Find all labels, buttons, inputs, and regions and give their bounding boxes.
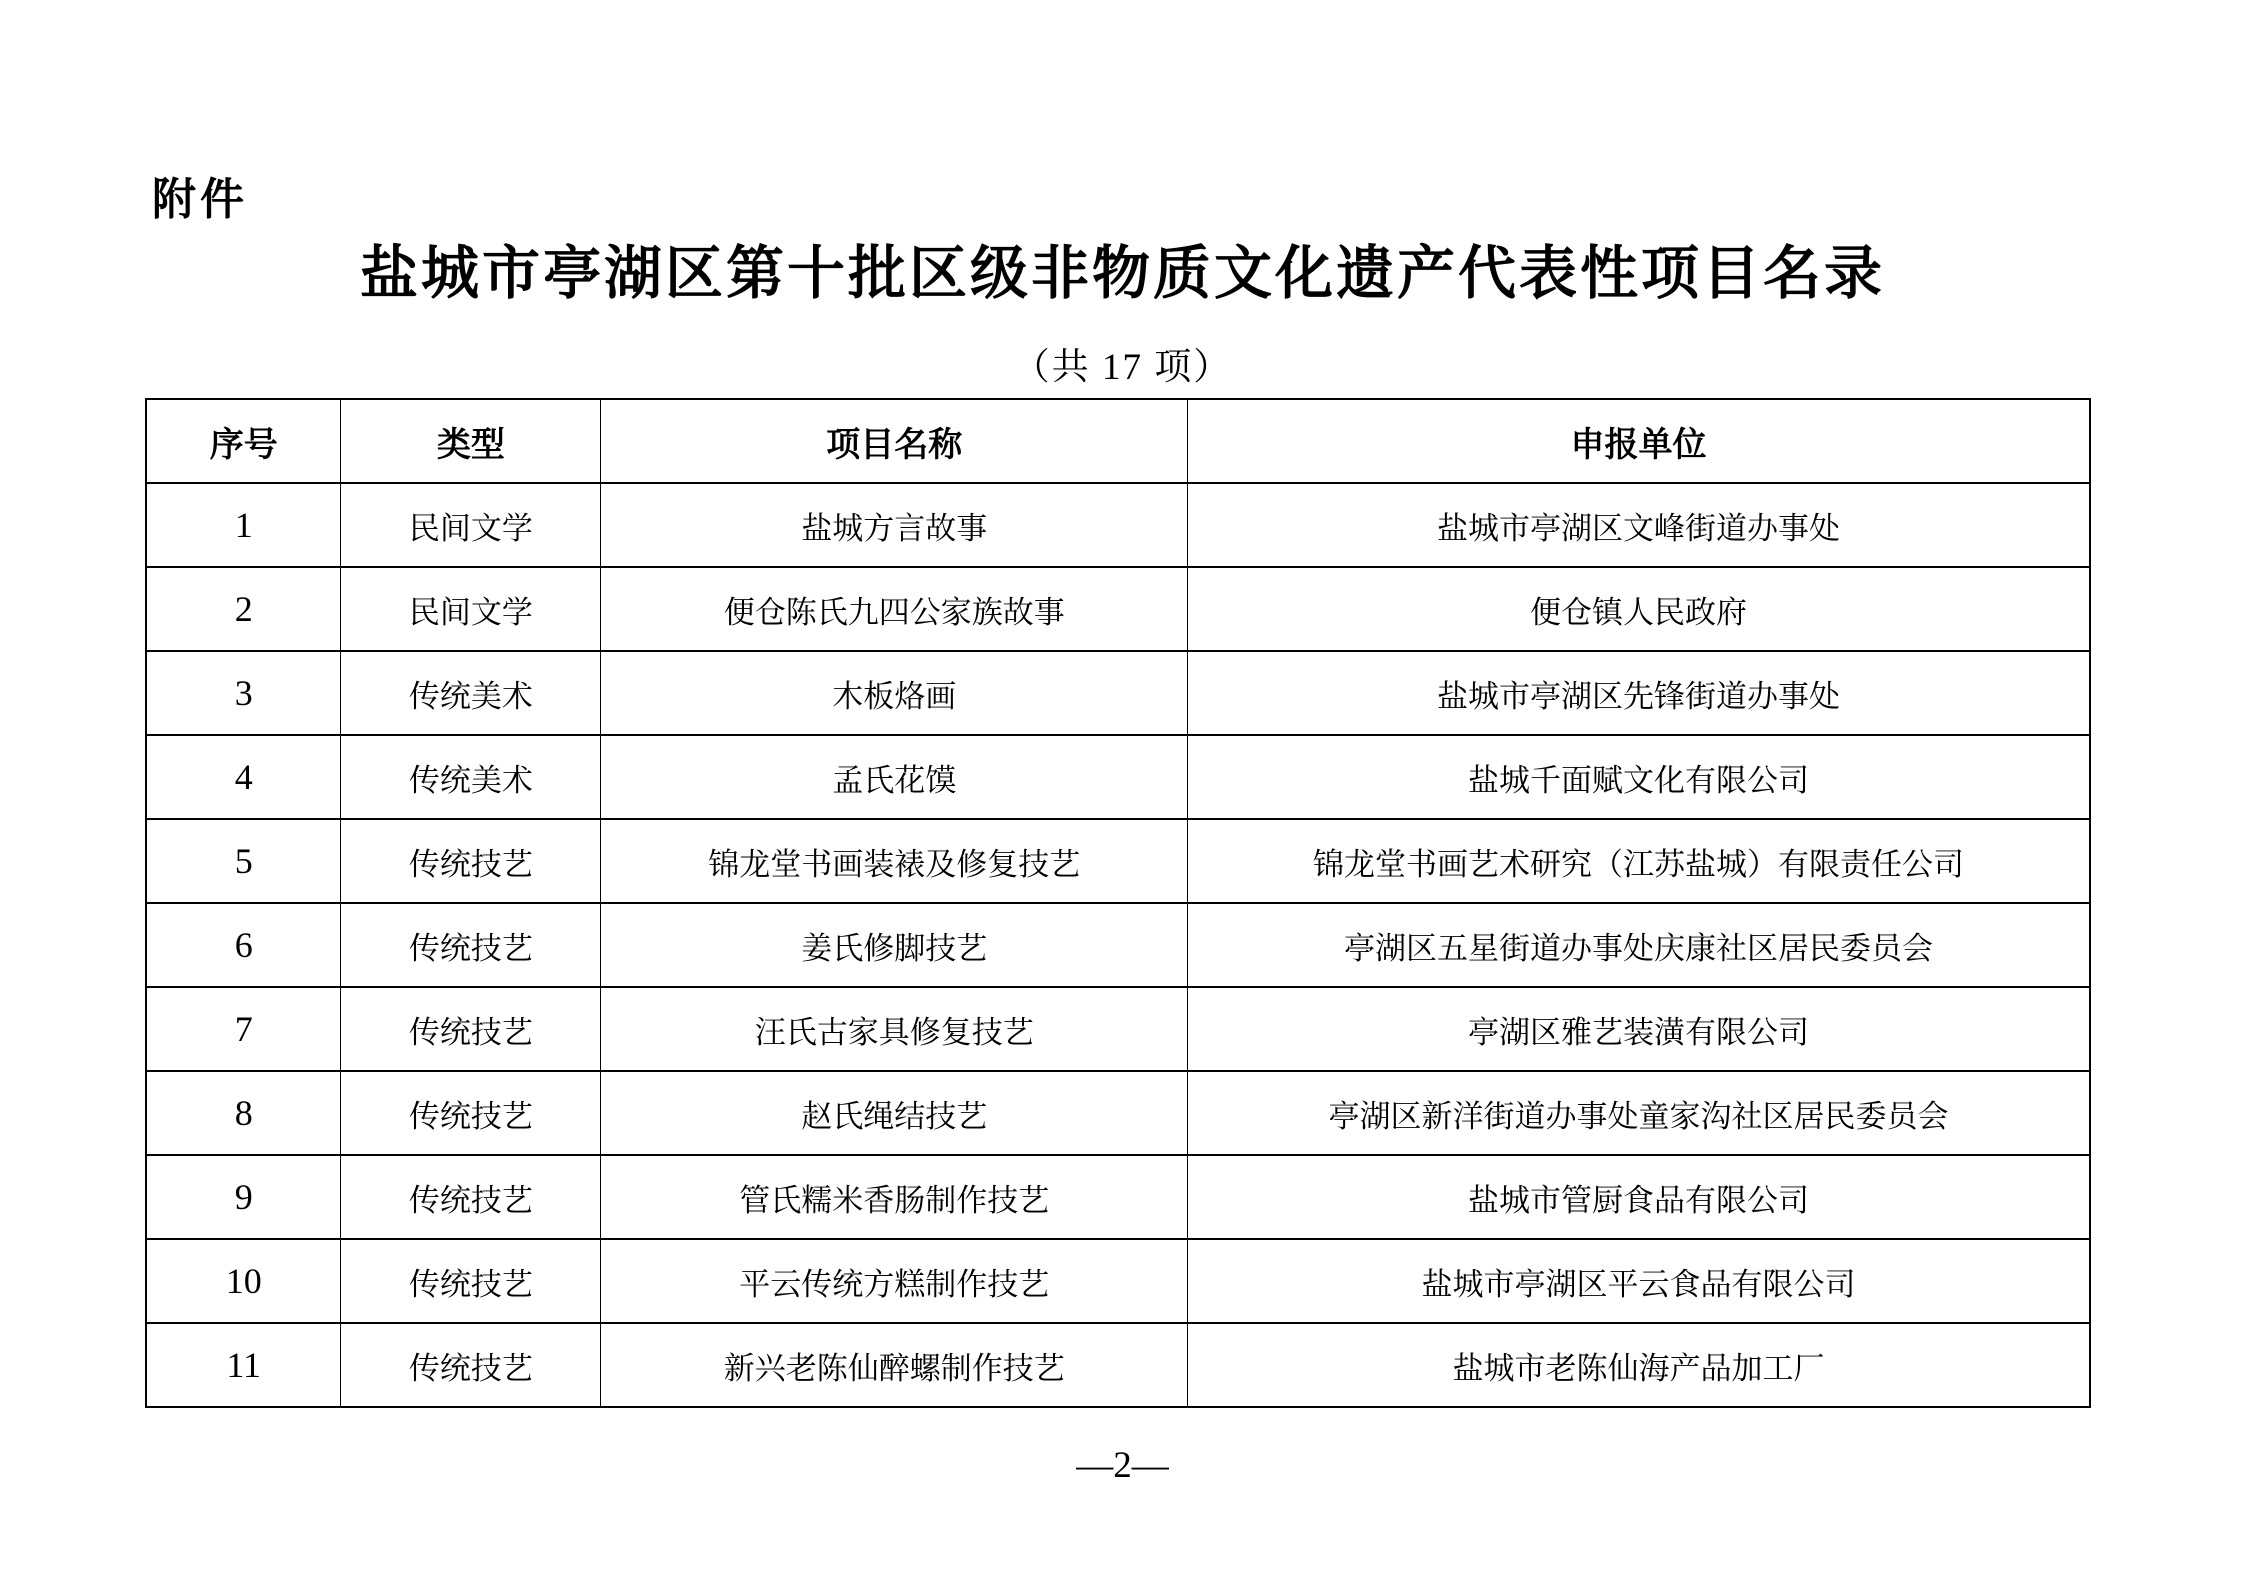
cell-project-name: 赵氏绳结技艺	[601, 1071, 1188, 1155]
cell-project-name: 孟氏花馍	[601, 735, 1188, 819]
cell-declaring-unit: 便仓镇人民政府	[1188, 567, 2090, 651]
cell-seq: 10	[146, 1239, 341, 1323]
cell-project-name: 锦龙堂书画装裱及修复技艺	[601, 819, 1188, 903]
cell-declaring-unit: 盐城市亭湖区先锋街道办事处	[1188, 651, 2090, 735]
cell-project-name: 新兴老陈仙醉螺制作技艺	[601, 1323, 1188, 1407]
cell-project-name: 盐城方言故事	[601, 483, 1188, 567]
cell-type: 传统技艺	[341, 1155, 601, 1239]
document-page: 附件 盐城市亭湖区第十批区级非物质文化遗产代表性项目名录 （共 17 项） 序号…	[0, 0, 2245, 1587]
cell-declaring-unit: 盐城市亭湖区文峰街道办事处	[1188, 483, 2090, 567]
header-type: 类型	[341, 399, 601, 483]
cell-seq: 4	[146, 735, 341, 819]
cell-declaring-unit: 亭湖区新洋街道办事处童家沟社区居民委员会	[1188, 1071, 2090, 1155]
page-title: 盐城市亭湖区第十批区级非物质文化遗产代表性项目名录	[0, 226, 2245, 310]
header-declaring-unit: 申报单位	[1188, 399, 2090, 483]
cell-project-name: 姜氏修脚技艺	[601, 903, 1188, 987]
cell-type: 民间文学	[341, 567, 601, 651]
cell-type: 传统技艺	[341, 1239, 601, 1323]
cell-seq: 5	[146, 819, 341, 903]
table-row: 2民间文学便仓陈氏九四公家族故事便仓镇人民政府	[146, 567, 2090, 651]
table-row: 10传统技艺平云传统方糕制作技艺盐城市亭湖区平云食品有限公司	[146, 1239, 2090, 1323]
cell-seq: 8	[146, 1071, 341, 1155]
table-row: 1民间文学盐城方言故事盐城市亭湖区文峰街道办事处	[146, 483, 2090, 567]
cell-project-name: 管氏糯米香肠制作技艺	[601, 1155, 1188, 1239]
cell-type: 传统技艺	[341, 903, 601, 987]
table-row: 11传统技艺新兴老陈仙醉螺制作技艺盐城市老陈仙海产品加工厂	[146, 1323, 2090, 1407]
cell-seq: 11	[146, 1323, 341, 1407]
cell-declaring-unit: 亭湖区雅艺装潢有限公司	[1188, 987, 2090, 1071]
cell-seq: 2	[146, 567, 341, 651]
table-row: 3传统美术木板烙画盐城市亭湖区先锋街道办事处	[146, 651, 2090, 735]
table-row: 9传统技艺管氏糯米香肠制作技艺盐城市管厨食品有限公司	[146, 1155, 2090, 1239]
cell-seq: 1	[146, 483, 341, 567]
cell-type: 传统技艺	[341, 987, 601, 1071]
table-row: 4传统美术孟氏花馍盐城千面赋文化有限公司	[146, 735, 2090, 819]
cell-seq: 6	[146, 903, 341, 987]
cell-project-name: 便仓陈氏九四公家族故事	[601, 567, 1188, 651]
projects-table: 序号 类型 项目名称 申报单位 1民间文学盐城方言故事盐城市亭湖区文峰街道办事处…	[145, 398, 2091, 1408]
attachment-label: 附件	[152, 163, 248, 227]
cell-declaring-unit: 盐城千面赋文化有限公司	[1188, 735, 2090, 819]
cell-type: 传统美术	[341, 651, 601, 735]
cell-declaring-unit: 盐城市管厨食品有限公司	[1188, 1155, 2090, 1239]
cell-type: 传统美术	[341, 735, 601, 819]
header-seq: 序号	[146, 399, 341, 483]
table-row: 8传统技艺赵氏绳结技艺亭湖区新洋街道办事处童家沟社区居民委员会	[146, 1071, 2090, 1155]
cell-declaring-unit: 盐城市亭湖区平云食品有限公司	[1188, 1239, 2090, 1323]
table-row: 7传统技艺汪氏古家具修复技艺亭湖区雅艺装潢有限公司	[146, 987, 2090, 1071]
cell-type: 传统技艺	[341, 1071, 601, 1155]
cell-declaring-unit: 盐城市老陈仙海产品加工厂	[1188, 1323, 2090, 1407]
cell-project-name: 平云传统方糕制作技艺	[601, 1239, 1188, 1323]
cell-declaring-unit: 亭湖区五星街道办事处庆康社区居民委员会	[1188, 903, 2090, 987]
cell-type: 传统技艺	[341, 1323, 601, 1407]
table-row: 6传统技艺姜氏修脚技艺亭湖区五星街道办事处庆康社区居民委员会	[146, 903, 2090, 987]
page-number: —2—	[0, 1444, 2245, 1487]
cell-type: 民间文学	[341, 483, 601, 567]
cell-seq: 7	[146, 987, 341, 1071]
cell-declaring-unit: 锦龙堂书画艺术研究（江苏盐城）有限责任公司	[1188, 819, 2090, 903]
table-row: 5传统技艺锦龙堂书画装裱及修复技艺锦龙堂书画艺术研究（江苏盐城）有限责任公司	[146, 819, 2090, 903]
cell-project-name: 汪氏古家具修复技艺	[601, 987, 1188, 1071]
cell-seq: 9	[146, 1155, 341, 1239]
projects-table-wrap: 序号 类型 项目名称 申报单位 1民间文学盐城方言故事盐城市亭湖区文峰街道办事处…	[145, 398, 2091, 1408]
table-header-row: 序号 类型 项目名称 申报单位	[146, 399, 2090, 483]
header-project-name: 项目名称	[601, 399, 1188, 483]
cell-seq: 3	[146, 651, 341, 735]
cell-project-name: 木板烙画	[601, 651, 1188, 735]
page-subtitle: （共 17 项）	[0, 336, 2245, 390]
cell-type: 传统技艺	[341, 819, 601, 903]
